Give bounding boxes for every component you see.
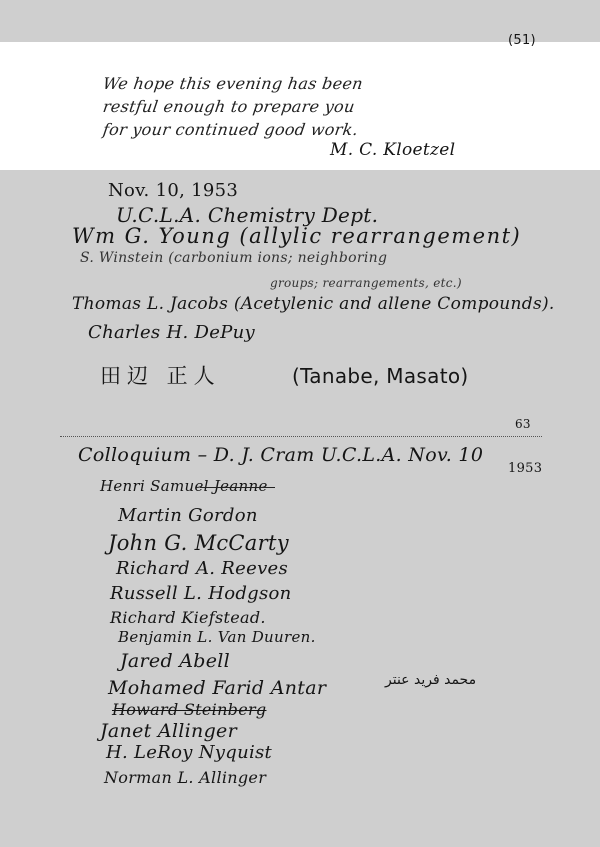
signature-entry: Howard Steinberg	[112, 700, 266, 719]
signature-entry: S. Winstein (carbonium ions; neighboring	[80, 250, 387, 266]
signature-entry: Henri Samuel Jeanne	[100, 477, 268, 495]
note-line: for your continued good work.	[102, 120, 360, 139]
signature-entry: Thomas L. Jacobs (Acetylenic and allene …	[72, 294, 555, 314]
page-number: 63	[515, 417, 531, 431]
note-line: We hope this evening has been	[102, 74, 365, 93]
page-divider	[60, 436, 542, 437]
signature-entry: Richard A. Reeves	[116, 558, 288, 579]
romanized-name: (Tanabe, Masato)	[292, 364, 468, 388]
note-signature: M. C. Kloetzel	[330, 140, 455, 160]
signature-entry: Charles H. DePuy	[88, 322, 255, 343]
signature-entry: John G. McCarty	[108, 531, 289, 555]
colloquium-heading: Colloquium – D. J. Cram U.C.L.A. Nov. 10	[78, 444, 483, 466]
signature-entry: Norman L. Allinger	[104, 768, 266, 787]
signature-entry: Wm G. Young (allylic rearrangement)	[72, 224, 521, 248]
colloquium-year: 1953	[508, 461, 542, 476]
arabic-signature: محمد فريد عنتر	[385, 672, 476, 688]
note-line: restful enough to prepare you	[102, 97, 356, 116]
signature-entry: Mohamed Farid Antar	[108, 677, 326, 699]
signature-entry: H. LeRoy Nyquist	[106, 742, 272, 763]
kanji-signature: 田辺 正人	[100, 360, 221, 390]
signature-entry: Jared Abell	[120, 650, 230, 672]
signature-entry: Benjamin L. Van Duuren.	[118, 628, 316, 646]
signature-entry-continuation: groups; rearrangements, etc.)	[270, 276, 462, 290]
signature-entry: Janet Allinger	[100, 720, 237, 742]
signature-underline	[200, 487, 275, 488]
signature-entry: Richard Kiefstead.	[110, 608, 266, 627]
signature-entry: Martin Gordon	[118, 505, 258, 526]
page-number: (51)	[508, 33, 536, 48]
signature-entry: Russell L. Hodgson	[110, 583, 292, 604]
entry-date: Nov. 10, 1953	[108, 180, 238, 201]
